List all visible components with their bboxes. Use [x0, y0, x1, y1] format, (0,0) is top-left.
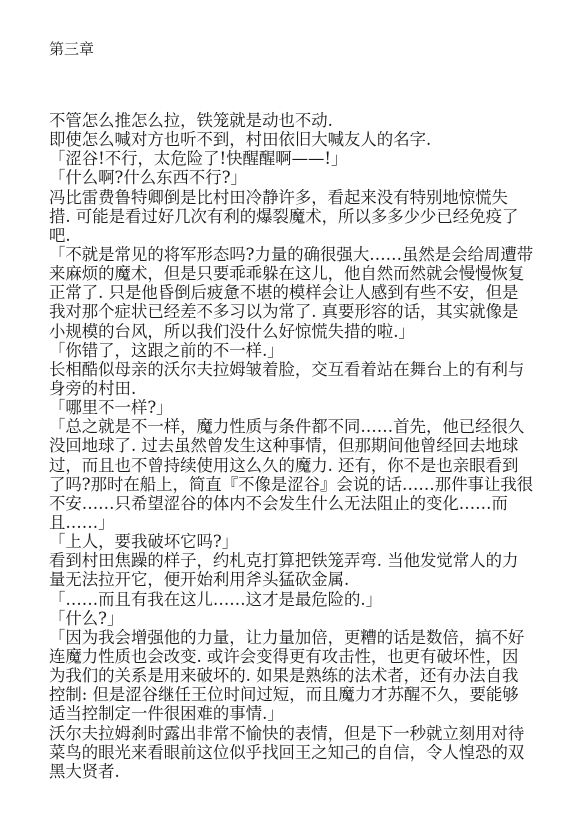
- text-line: 身旁的村田.: [49, 379, 535, 398]
- text-line: 「不就是常见的将军形态吗?力量的确很强大……虽然是会给周遭带: [49, 245, 535, 264]
- text-line: 吧.: [49, 226, 535, 245]
- text-line: 冯比雷费鲁特卿倒是比村田冷静许多，看起来没有特别地惊慌失: [49, 188, 535, 207]
- text-line: 「什么?」: [49, 609, 535, 628]
- text-line: 「涩谷!不行，太危险了!快醒醒啊——!」: [49, 149, 535, 168]
- chapter-body: 不管怎么推怎么拉，铁笼就是动也不动.即使怎么喊对方也听不到，村田依旧大喊友人的名…: [49, 111, 535, 781]
- text-line: 措. 可能是看过好几次有利的爆裂魔术，所以多多少少已经免疫了: [49, 207, 535, 226]
- text-line: 不安……只希望涩谷的体内不会发生什么无法阻止的变化……而: [49, 494, 535, 513]
- text-line: 「……而且有我在这儿……这才是最危险的.」: [49, 590, 535, 609]
- text-line: 为我们的关系是用来破坏的. 如果是熟练的法术者，还有办法自我: [49, 666, 535, 685]
- text-line: 「因为我会增强他的力量，让力量加倍，更糟的话是数倍，搞不好: [49, 628, 535, 647]
- text-line: 沃尔夫拉姆刹时露出非常不愉快的表情，但是下一秒就立刻用对待: [49, 724, 535, 743]
- text-line: 黑大贤者.: [49, 762, 535, 781]
- text-line: 「你错了，这跟之前的不一样.」: [49, 341, 535, 360]
- text-line: 「总之就是不一样，魔力性质与条件都不同……首先，他已经很久: [49, 417, 535, 436]
- text-line: 即使怎么喊对方也听不到，村田依旧大喊友人的名字.: [49, 130, 535, 149]
- text-line: 控制: 但是涩谷继任王位时间过短，而且魔力才苏醒不久，要能够: [49, 685, 535, 704]
- document-page: 第三章 不管怎么推怎么拉，铁笼就是动也不动.即使怎么喊对方也听不到，村田依旧大喊…: [0, 0, 583, 828]
- text-line: 「什么啊?什么东西不行?」: [49, 168, 535, 187]
- text-line: 连魔力性质也会改变. 或许会变得更有攻击性，也更有破坏性，因: [49, 647, 535, 666]
- text-line: 量无法拉开它，便开始利用斧头猛砍金属.: [49, 570, 535, 589]
- text-line: 了吗?那时在船上，简直『不像是涩谷』会说的话……那件事让我很: [49, 475, 535, 494]
- text-line: 看到村田焦躁的样子，约札克打算把铁笼弄弯. 当他发觉常人的力: [49, 551, 535, 570]
- text-line: 不管怎么推怎么拉，铁笼就是动也不动.: [49, 111, 535, 130]
- text-line: 「上人，要我破坏它吗?」: [49, 532, 535, 551]
- text-line: 来麻烦的魔术，但是只要乖乖躲在这儿，他自然而然就会慢慢恢复: [49, 264, 535, 283]
- text-line: 小规模的台风，所以我们没什么好惊慌失措的啦.」: [49, 322, 535, 341]
- text-line: 且……」: [49, 513, 535, 532]
- text-line: 适当控制定一件很困难的事情.」: [49, 704, 535, 723]
- text-line: 没回地球了. 过去虽然曾发生这种事情，但那期间他曾经回去地球: [49, 436, 535, 455]
- text-line: 我对那个症状已经差不多习以为常了. 真要形容的话，其实就像是: [49, 302, 535, 321]
- chapter-title: 第三章: [49, 38, 94, 59]
- text-line: 「哪里不一样?」: [49, 398, 535, 417]
- text-line: 过，而且也不曾持续使用这么久的魔力. 还有，你不是也亲眼看到: [49, 456, 535, 475]
- text-line: 菜鸟的眼光来看眼前这位似乎找回王之知己的自信，令人惶恐的双: [49, 743, 535, 762]
- text-line: 正常了. 只是他昏倒后疲惫不堪的模样会让人感到有些不安，但是: [49, 283, 535, 302]
- text-line: 长相酷似母亲的沃尔夫拉姆皱着脸，交互看着站在舞台上的有利与: [49, 360, 535, 379]
